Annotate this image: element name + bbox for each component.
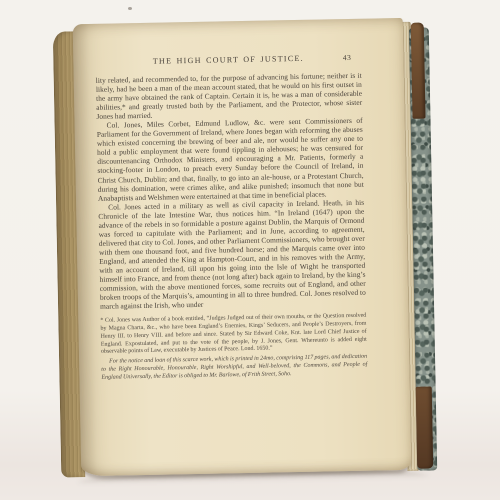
leather-spine-edge-top	[411, 23, 426, 119]
body-paragraph: Col. Jones, Miles Corbet, Edmund Ludlow,…	[97, 116, 365, 203]
footnote-asterisk: * Col. Jones was Author of a book entitl…	[100, 313, 367, 357]
footnotes: * Col. Jones was Author of a book entitl…	[100, 313, 367, 382]
body-text: lity related, and recommended to, for th…	[96, 71, 366, 311]
open-book: THE HIGH COURT OF JUSTICE. 43 lity relat…	[53, 14, 440, 483]
book-photo: THE HIGH COURT OF JUSTICE. 43 lity relat…	[0, 0, 500, 500]
dust-speck	[128, 7, 132, 10]
running-header-title: THE HIGH COURT OF JUSTICE.	[95, 53, 361, 67]
page-header: THE HIGH COURT OF JUSTICE. 43	[95, 53, 361, 68]
body-paragraph: Col. Jones acted in a military as well a…	[98, 197, 366, 311]
leather-spine-edge-bottom	[416, 386, 434, 468]
body-paragraph: lity related, and recommended to, for th…	[96, 71, 363, 121]
page-number: 43	[343, 53, 352, 62]
page-text-block: THE HIGH COURT OF JUSTICE. 43 lity relat…	[95, 53, 367, 385]
book-page: THE HIGH COURT OF JUSTICE. 43 lity relat…	[73, 18, 412, 476]
footnote-editor-note: For the notice and loan of this scarce w…	[101, 354, 367, 382]
